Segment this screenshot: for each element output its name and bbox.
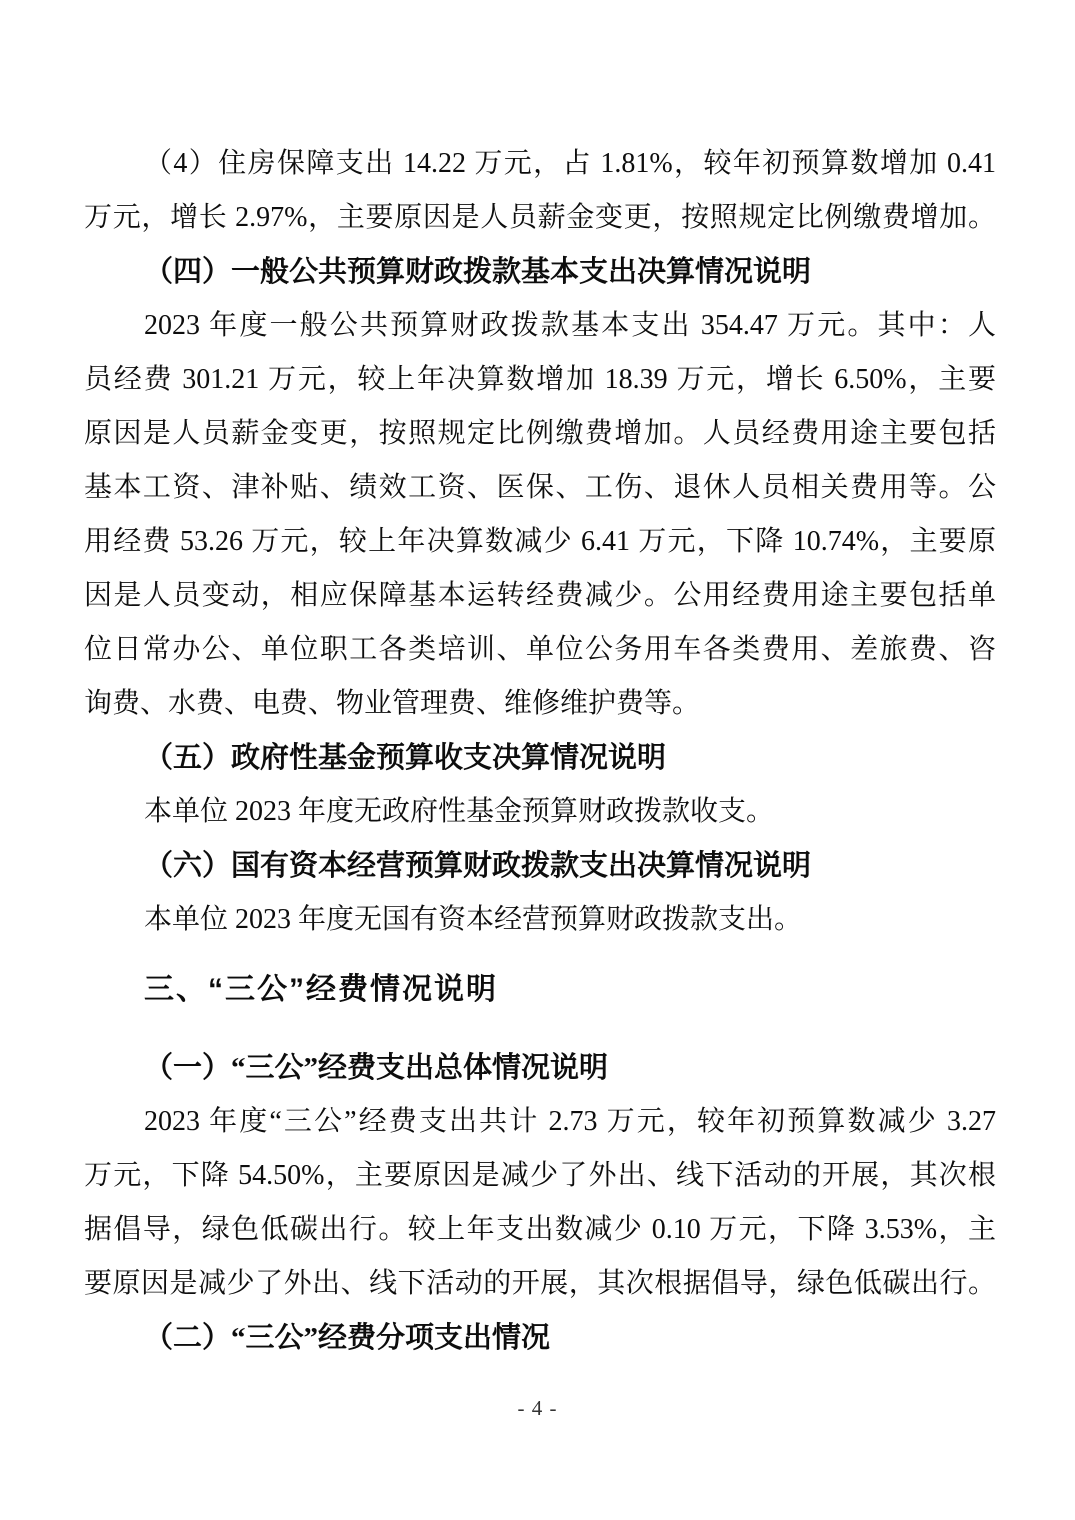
body-line: 本单位 2023 年度无政府性基金预算财政拨款收支。 [84,785,996,839]
body-line: 本单位 2023 年度无国有资本经营预算财政拨款支出。 [84,893,996,947]
body-line: 2023 年度“三公”经费支出共计 2.73 万元，较年初预算数减少 3.27 [84,1095,996,1149]
heading-sub-2: （二）“三公”经费分项支出情况 [84,1311,996,1365]
heading-sub-1: （一）“三公”经费支出总体情况说明 [84,1041,996,1095]
body-line: 位日常办公、单位职工各类培训、单位公务用车各类费用、差旅费、咨 [84,623,996,677]
body-line: （4）住房保障支出 14.22 万元，占 1.81%，较年初预算数增加 0.41 [84,137,996,191]
body-line: 原因是人员薪金变更，按照规定比例缴费增加。人员经费用途主要包括 [84,407,996,461]
heading-section-6: （六）国有资本经营预算财政拨款支出决算情况说明 [84,839,996,893]
body-line: 员经费 301.21 万元，较上年决算数增加 18.39 万元，增长 6.50%… [84,353,996,407]
body-line: 用经费 53.26 万元，较上年决算数减少 6.41 万元，下降 10.74%，… [84,515,996,569]
body-line: 万元，增长 2.97%，主要原因是人员薪金变更，按照规定比例缴费增加。 [84,191,996,245]
body-line: 据倡导，绿色低碳出行。较上年支出数减少 0.10 万元，下降 3.53%，主 [84,1203,996,1257]
heading-part-3: 三、“三公”经费情况说明 [84,963,996,1017]
body-line: 要原因是减少了外出、线下活动的开展，其次根据倡导，绿色低碳出行。 [84,1257,996,1311]
document-body: （4）住房保障支出 14.22 万元，占 1.81%，较年初预算数增加 0.41… [84,137,996,1365]
body-line: 询费、水费、电费、物业管理费、维修维护费等。 [84,677,996,731]
document-page: （4）住房保障支出 14.22 万元，占 1.81%，较年初预算数增加 0.41… [0,0,1075,1520]
page-number: - 4 - [0,1396,1075,1421]
body-line: 万元，下降 54.50%，主要原因是减少了外出、线下活动的开展，其次根 [84,1149,996,1203]
body-line: 2023 年度一般公共预算财政拨款基本支出 354.47 万元。其中：人 [84,299,996,353]
heading-section-5: （五）政府性基金预算收支决算情况说明 [84,731,996,785]
body-line: 因是人员变动，相应保障基本运转经费减少。公用经费用途主要包括单 [84,569,996,623]
heading-section-4: （四）一般公共预算财政拨款基本支出决算情况说明 [84,245,996,299]
body-line: 基本工资、津补贴、绩效工资、医保、工伤、退休人员相关费用等。公 [84,461,996,515]
